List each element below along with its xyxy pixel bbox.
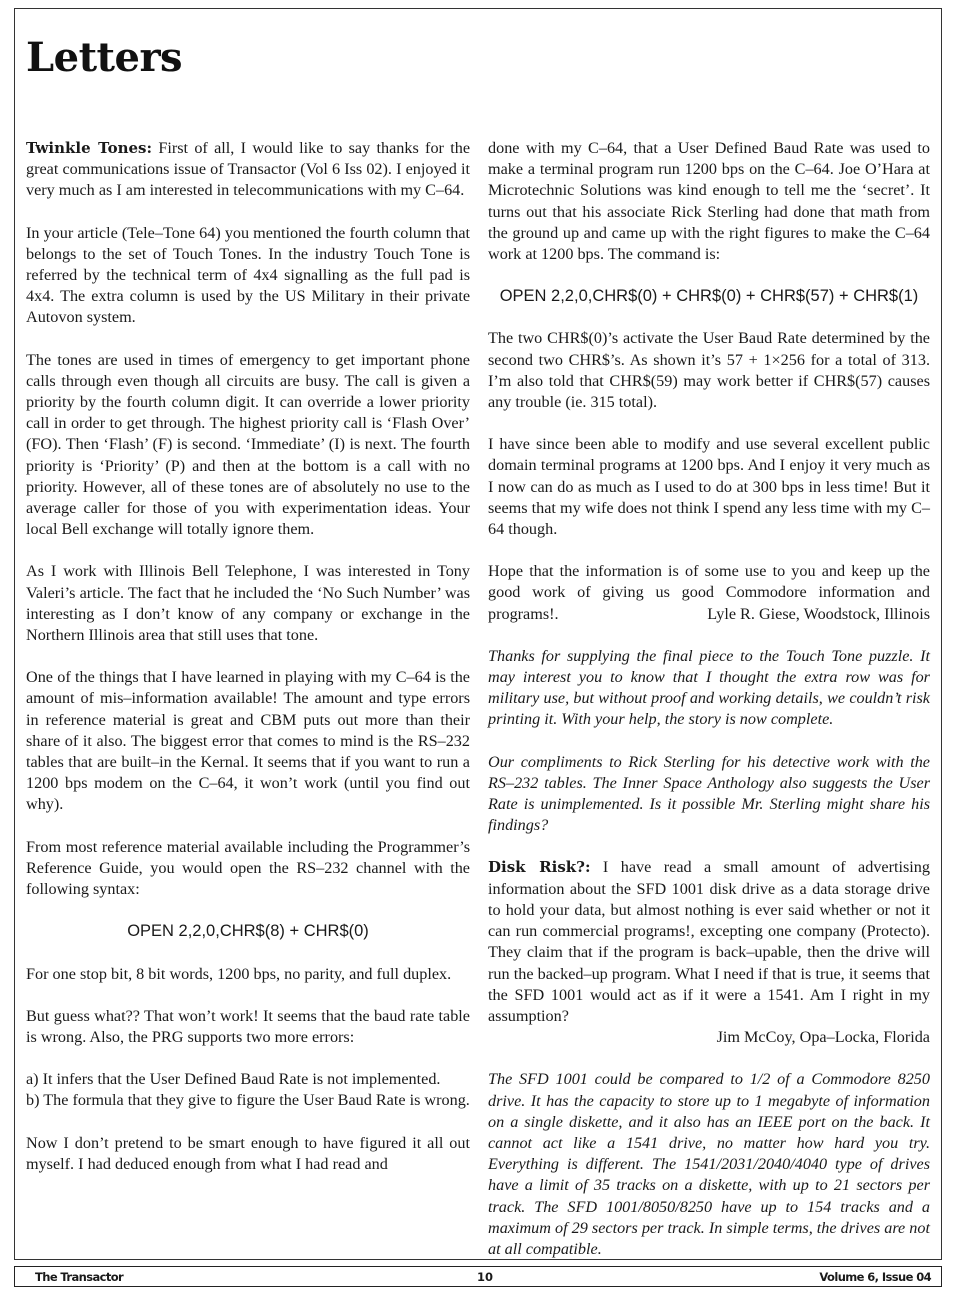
left-column: Twinkle Tones: First of all, I would lik… (26, 138, 470, 1175)
paragraph: done with my C–64, that a User Defined B… (488, 138, 930, 265)
signature: Jim McCoy, Opa–Locka, Florida (488, 1027, 930, 1048)
paragraph: The two CHR$(0)’s activate the User Baud… (488, 328, 930, 413)
paragraph: In your article (Tele–Tone 64) you menti… (26, 223, 470, 329)
right-column: done with my C–64, that a User Defined B… (488, 138, 930, 1260)
paragraph: As I work with Illinois Bell Telephone, … (26, 561, 470, 646)
paragraph-with-signature: Hope that the information is of some use… (488, 561, 930, 625)
page-title: Letters (26, 34, 182, 81)
paragraph: One of the things that I have learned in… (26, 667, 470, 815)
code-line: OPEN 2,2,0,CHR$(0) + CHR$(0) + CHR$(57) … (488, 286, 930, 307)
code-line: OPEN 2,2,0,CHR$(8) + CHR$(0) (26, 921, 470, 942)
paragraph: From most reference material available i… (26, 837, 470, 901)
page-footer: The Transactor 10 Volume 6, Issue 04 (14, 1266, 942, 1287)
list-item: b) The formula that they give to figure … (26, 1090, 470, 1111)
letter-heading: Twinkle Tones: (26, 139, 152, 157)
signature: Lyle R. Giese, Woodstock, Illinois (707, 604, 930, 625)
issue-label: Volume 6, Issue 04 (819, 1270, 931, 1284)
letter-twinkle-tones-intro: Twinkle Tones: First of all, I would lik… (26, 138, 470, 202)
editor-reply: The SFD 1001 could be compared to 1/2 of… (488, 1069, 930, 1260)
editor-reply: Thanks for supplying the final piece to … (488, 646, 930, 731)
paragraph: For one stop bit, 8 bit words, 1200 bps,… (26, 964, 470, 985)
letter-disk-risk: Disk Risk?: I have read a small amount o… (488, 857, 930, 1027)
paragraph: Now I don’t pretend to be smart enough t… (26, 1133, 470, 1175)
error-list: a) It infers that the User Defined Baud … (26, 1069, 470, 1111)
paragraph: I have since been able to modify and use… (488, 434, 930, 540)
letter-heading: Disk Risk?: (488, 858, 590, 876)
editor-reply: Our compliments to Rick Sterling for his… (488, 752, 930, 837)
paragraph: The tones are used in times of emergency… (26, 350, 470, 541)
page-number: 10 (477, 1270, 493, 1284)
paragraph: But guess what?? That won’t work! It see… (26, 1006, 470, 1048)
list-item: a) It infers that the User Defined Baud … (26, 1069, 470, 1090)
publication-name: The Transactor (35, 1270, 123, 1284)
